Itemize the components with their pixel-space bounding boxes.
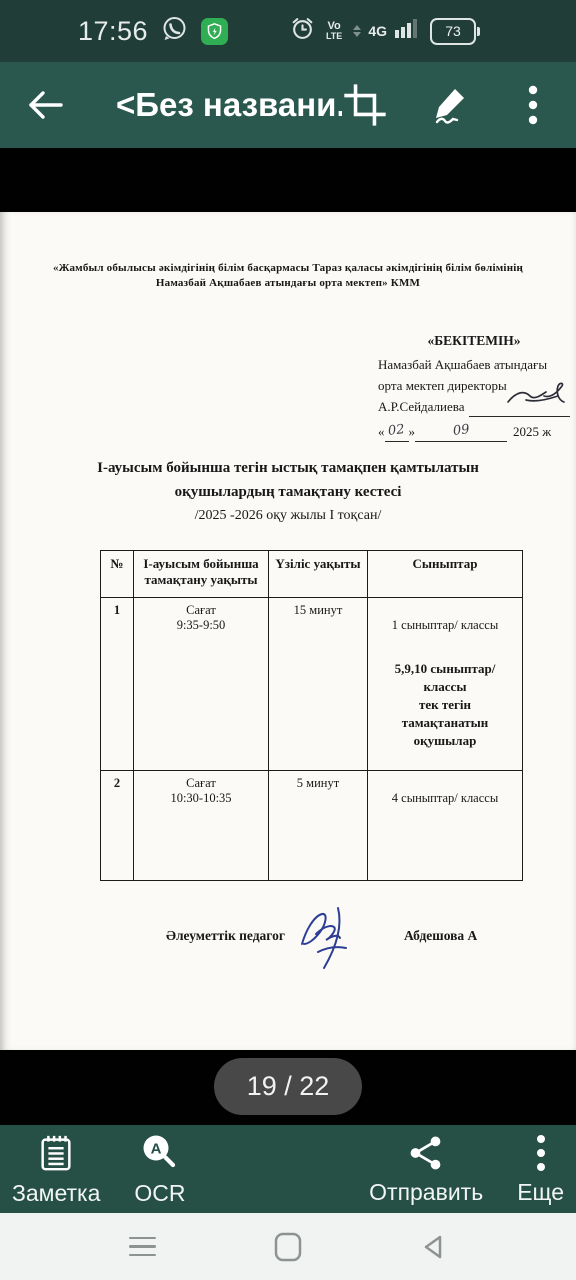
document-title[interactable]: <Без названи...: [116, 86, 342, 124]
status-bar: 17:56: [0, 0, 576, 62]
phone-screen: 17:56: [0, 0, 576, 1280]
overflow-menu-button[interactable]: [510, 82, 556, 128]
whatsapp-icon: [161, 15, 188, 47]
share-button[interactable]: Отправить: [369, 1134, 483, 1205]
recents-icon: [129, 1237, 156, 1257]
home-button[interactable]: [271, 1230, 305, 1264]
approval-date: «02»092025 ж: [378, 419, 570, 442]
pedagog-role: Әлеуметтік педагог: [166, 928, 285, 944]
android-nav-bar: [0, 1213, 576, 1280]
battery-percent: 73: [430, 18, 476, 45]
classes-regular: 4 сыныптар/ классы: [371, 791, 519, 806]
nav-back-button[interactable]: [417, 1230, 451, 1264]
col-number: №: [101, 551, 134, 598]
signal-bars-icon: [395, 19, 419, 43]
classes-regular: 1 сыныптар/ классы: [371, 618, 519, 633]
table-row: 1 Сағат 9:35-9:50 15 минут 1 сыныптар/ к…: [101, 598, 523, 771]
director-name: А.Р.Сейдалиева: [378, 396, 465, 417]
alarm-icon: [290, 16, 315, 46]
director-signature-line: А.Р.Сейдалиева: [378, 396, 570, 417]
approval-year: 2025 ж: [513, 421, 551, 442]
battery-icon: 73: [430, 18, 480, 45]
edit-signature-button[interactable]: [426, 82, 472, 128]
more-dots-icon: [535, 1134, 547, 1177]
network-type: 4G: [368, 23, 387, 39]
approval-stamp: «БЕКІТЕМІН»: [378, 330, 570, 351]
schedule-title: І-ауысым бойынша тегін ыстық тамақпен қа…: [0, 456, 576, 504]
notepad-icon: [37, 1133, 75, 1178]
col-break-time: Үзіліс уақыты: [269, 551, 368, 598]
pedagog-name: Абдешова А: [404, 928, 477, 944]
ocr-magnifier-icon: A: [140, 1133, 180, 1178]
col-classes: Сыныптар: [368, 551, 523, 598]
scanned-page: «Жамбыл обылысы әкімдігінің білім басқар…: [0, 212, 576, 1050]
data-arrows-icon: [353, 25, 361, 37]
organization-header: «Жамбыл обылысы әкімдігінің білім басқар…: [0, 261, 576, 291]
table-header-row: № І-ауысым бойынша тамақтану уақыты Үзіл…: [101, 551, 523, 598]
page-indicator: 19 / 22: [214, 1058, 362, 1115]
share-icon: [407, 1134, 445, 1177]
footer-signature-block: Әлеуметтік педагог Абдешова А: [0, 928, 576, 988]
approval-block: «БЕКІТЕМІН» Намазбай Ақшабаев атындағы о…: [378, 330, 570, 442]
table-row: 2 Сағат 10:30-10:35 5 минут 4 сыныптар/ …: [101, 771, 523, 881]
more-button[interactable]: Еще: [517, 1134, 564, 1205]
bottom-toolbar: Заметка A OCR: [0, 1125, 576, 1213]
schedule-subtitle: /2025 -2026 оқу жылы І тоқсан/: [0, 508, 576, 524]
svg-text:A: A: [151, 1140, 162, 1157]
security-app-icon: [201, 18, 228, 45]
volte-indicator: Vo LTE: [326, 21, 342, 41]
classes-extra: 5,9,10 сыныптар/ классы тек тегін тамақт…: [371, 660, 519, 750]
handwritten-day: 02: [387, 419, 406, 442]
clock-time: 17:56: [78, 16, 148, 47]
note-button[interactable]: Заметка: [12, 1133, 100, 1206]
meal-schedule-table: № І-ауысым бойынша тамақтану уақыты Үзіл…: [100, 550, 523, 881]
back-button[interactable]: [22, 82, 68, 128]
col-meal-time: І-ауысым бойынша тамақтану уақыты: [134, 551, 269, 598]
director-signature-icon: [506, 380, 568, 416]
document-viewer[interactable]: «Жамбыл обылысы әкімдігінің білім басқар…: [0, 148, 576, 1125]
approval-line1: Намазбай Ақшабаев атындағы: [378, 354, 570, 375]
handwritten-month: 09: [452, 419, 471, 442]
recents-button[interactable]: [125, 1230, 159, 1264]
app-bar: <Без названи...: [0, 62, 576, 148]
crop-button[interactable]: [342, 82, 388, 128]
ocr-button[interactable]: A OCR: [134, 1133, 185, 1206]
pedagog-signature-icon: [296, 900, 360, 977]
